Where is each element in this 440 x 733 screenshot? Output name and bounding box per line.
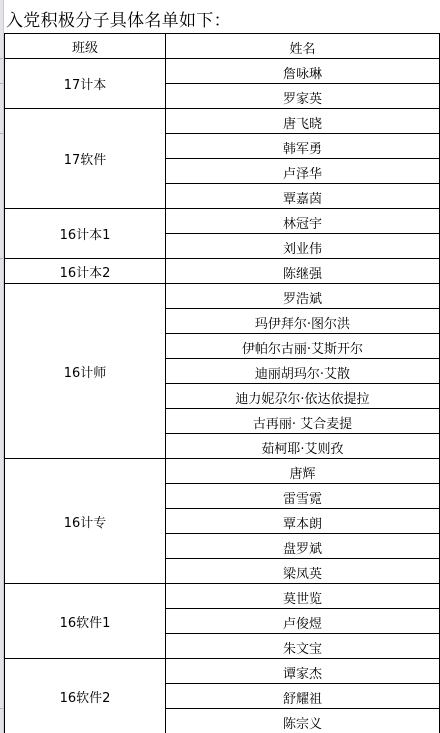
gutter-divider [0, 58, 3, 59]
header-class[interactable]: 班级 [5, 34, 166, 59]
name-cell[interactable]: 卢俊煜 [166, 609, 440, 634]
name-cell[interactable]: 迪力妮尕尔·依达依提拉 [166, 384, 440, 409]
table-row: 16计专唐辉 [5, 459, 440, 484]
header-name[interactable]: 姓名 [166, 34, 440, 59]
class-cell[interactable]: 16软件2 [5, 659, 166, 733]
name-cell[interactable]: 迪丽胡玛尔·艾散 [166, 359, 440, 384]
name-cell[interactable]: 陈宗义 [166, 709, 440, 733]
name-cell[interactable]: 罗浩斌 [166, 284, 440, 309]
spreadsheet-table-area: 班级 姓名 17计本詹咏琳罗家英17软件唐飞晓韩军勇卢泽华覃嘉茵16计本1林冠宇… [4, 33, 439, 733]
roster-table: 班级 姓名 17计本詹咏琳罗家英17软件唐飞晓韩军勇卢泽华覃嘉茵16计本1林冠宇… [4, 33, 440, 733]
gutter-divider [0, 258, 3, 259]
name-cell[interactable]: 唐飞晓 [166, 109, 440, 134]
table-row: 16计本2陈继强 [5, 259, 440, 284]
name-cell[interactable]: 罗家英 [166, 84, 440, 109]
name-cell[interactable]: 舒耀祖 [166, 684, 440, 709]
name-cell[interactable]: 陈继强 [166, 259, 440, 284]
class-cell[interactable]: 16计专 [5, 459, 166, 584]
sheet-title: 入党积极分子具体名单如下： [6, 10, 231, 32]
class-cell[interactable]: 16计本2 [5, 259, 166, 284]
roster-body: 17计本詹咏琳罗家英17软件唐飞晓韩军勇卢泽华覃嘉茵16计本1林冠宇刘业伟16计… [5, 59, 440, 733]
table-row: 16计师罗浩斌 [5, 284, 440, 309]
name-cell[interactable]: 玛伊拜尔·图尔洪 [166, 309, 440, 334]
name-cell[interactable]: 林冠宇 [166, 209, 440, 234]
class-cell[interactable]: 17软件 [5, 109, 166, 209]
table-row: 17计本詹咏琳 [5, 59, 440, 84]
name-cell[interactable]: 古再丽· 艾合麦提 [166, 409, 440, 434]
name-cell[interactable]: 梁凤英 [166, 559, 440, 584]
name-cell[interactable]: 茹柯耶·艾则孜 [166, 434, 440, 459]
name-cell[interactable]: 韩军勇 [166, 134, 440, 159]
name-cell[interactable]: 伊帕尔古丽·艾斯开尔 [166, 334, 440, 359]
name-cell[interactable]: 覃本朗 [166, 509, 440, 534]
name-cell[interactable]: 詹咏琳 [166, 59, 440, 84]
gutter-divider [0, 83, 3, 84]
name-cell[interactable]: 雷雪霓 [166, 484, 440, 509]
table-row: 16计本1林冠宇 [5, 209, 440, 234]
class-cell[interactable]: 16软件1 [5, 584, 166, 659]
gutter-divider [0, 133, 3, 134]
class-cell[interactable]: 16计本1 [5, 209, 166, 259]
table-row: 16软件1莫世览 [5, 584, 440, 609]
name-cell[interactable]: 唐辉 [166, 459, 440, 484]
name-cell[interactable]: 卢泽华 [166, 159, 440, 184]
table-row: 16软件2谭家杰 [5, 659, 440, 684]
header-row: 班级 姓名 [5, 34, 440, 59]
name-cell[interactable]: 朱文宝 [166, 634, 440, 659]
class-cell[interactable]: 16计师 [5, 284, 166, 459]
name-cell[interactable]: 覃嘉茵 [166, 184, 440, 209]
table-row: 17软件唐飞晓 [5, 109, 440, 134]
gutter-divider [0, 708, 3, 709]
class-cell[interactable]: 17计本 [5, 59, 166, 109]
name-cell[interactable]: 莫世览 [166, 584, 440, 609]
name-cell[interactable]: 谭家杰 [166, 659, 440, 684]
name-cell[interactable]: 刘业伟 [166, 234, 440, 259]
name-cell[interactable]: 盘罗斌 [166, 534, 440, 559]
